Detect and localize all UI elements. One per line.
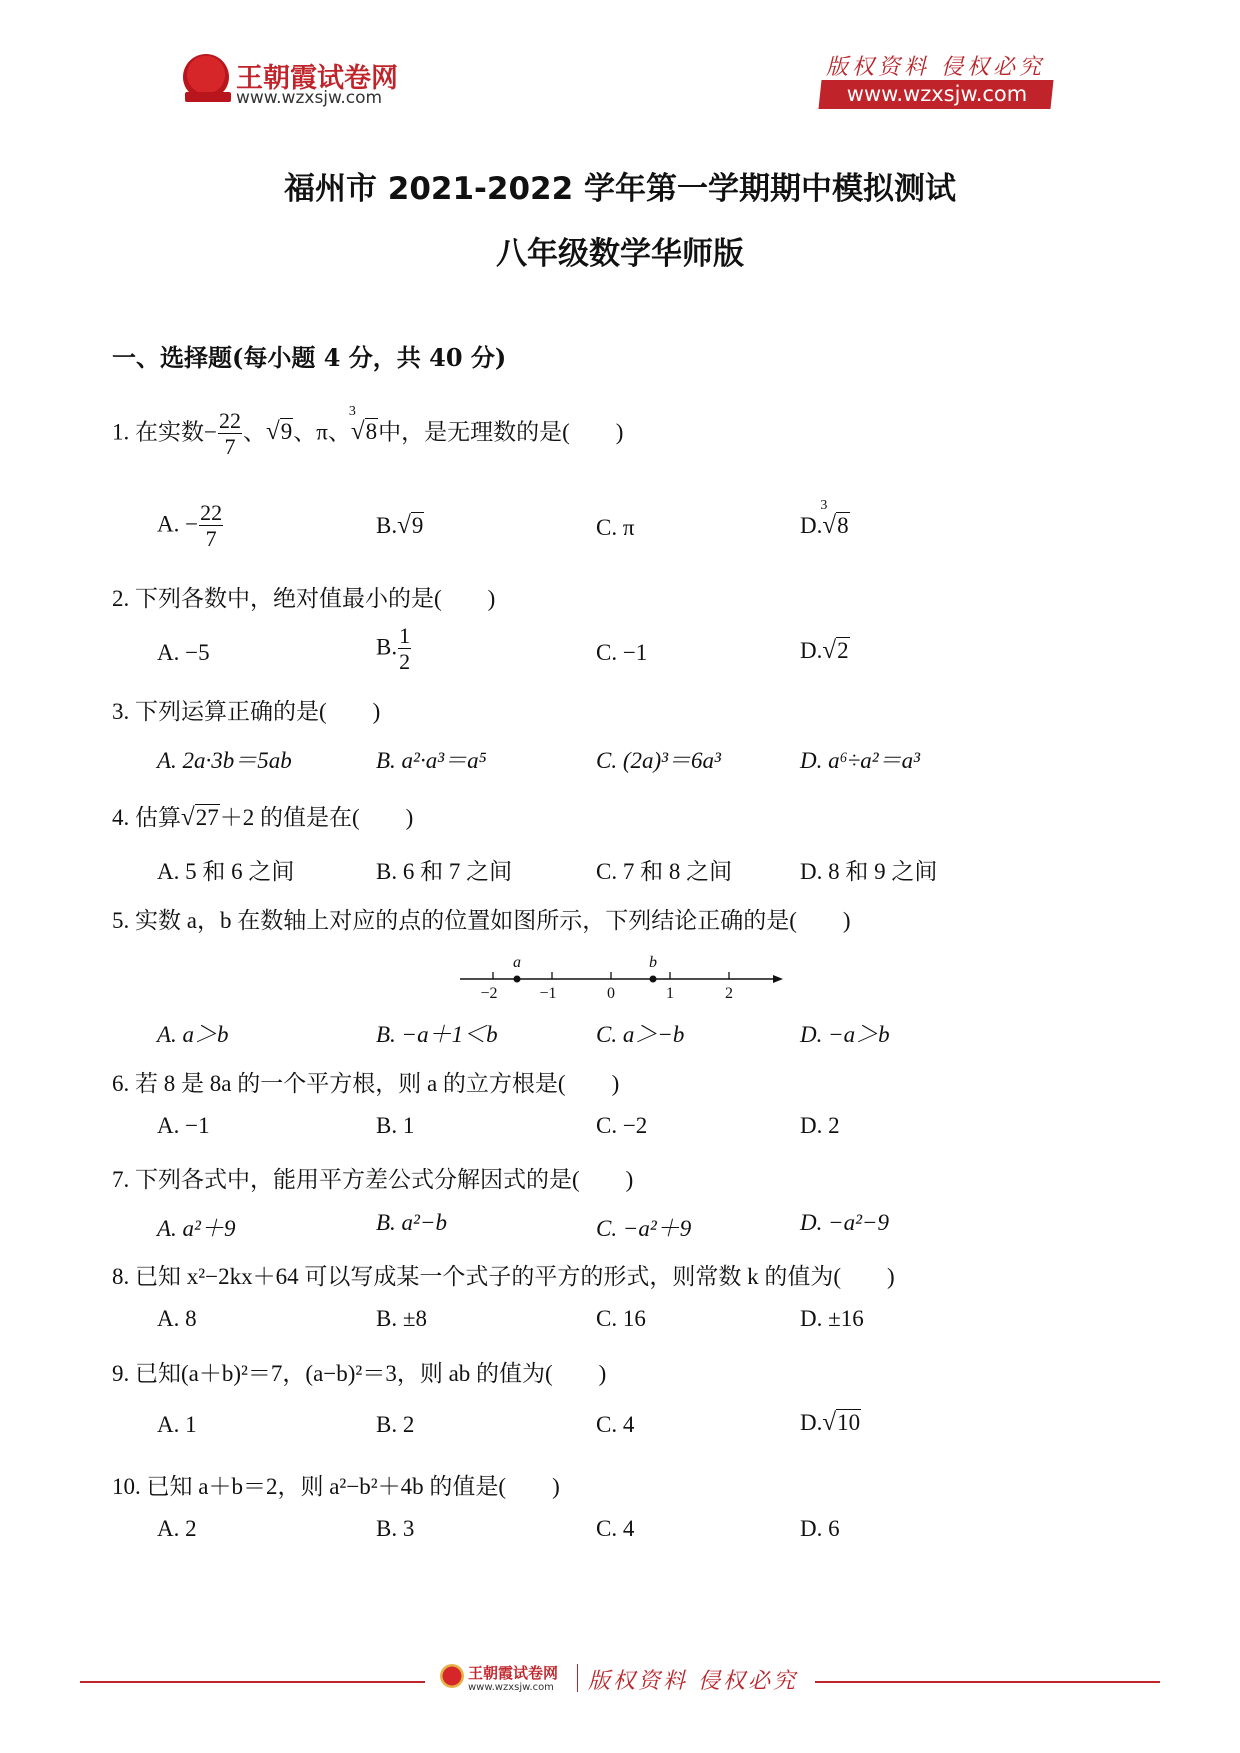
question-7: 7. 下列各式中，能用平方差公式分解因式的是( ) [112,1161,633,1194]
footer-divider-left [80,1681,425,1683]
option-c: C. π [596,515,634,541]
option-d: D. a⁶÷a²＝a³ [800,742,920,775]
fraction: 227 [218,410,242,458]
stem-text: 、π、 [293,419,351,444]
option-c: C. 4 [596,1516,634,1542]
option-d: D. −a²−9 [800,1210,889,1236]
option-d: D.3√8 [800,512,850,540]
option-b: B.12 [376,625,412,673]
document-title: 福州市 2021-2022 学年第一学期期中模拟测试 [0,163,1240,208]
footer-logo-emblem-icon [440,1664,464,1688]
option-c: C. 4 [596,1412,634,1438]
question-4: 4. 估算√27＋2 的值是在( ) [112,799,413,832]
document-subtitle: 八年级数学华师版 [0,228,1240,273]
footer-separator [577,1664,578,1692]
footer-divider-right [815,1681,1160,1683]
logo-emblem-icon [183,54,229,100]
option-b: B.√9 [376,512,424,540]
option-a: A. −1 [157,1113,210,1139]
option-c: C. (2a)³＝6a³ [596,742,721,775]
option-d: D. −a＞b [800,1016,890,1049]
svg-text:2: 2 [725,985,733,1002]
option-a: A. 8 [157,1306,197,1332]
option-b: B. 3 [376,1516,414,1542]
cube-root: 3√8 [351,418,378,446]
question-2: 2. 下列各数中，绝对值最小的是( ) [112,580,495,613]
option-c: C. 16 [596,1306,646,1332]
option-c: C. −1 [596,640,647,666]
option-b: B. a²−b [376,1210,447,1236]
option-a: A. 2a·3b＝5ab [157,742,292,775]
option-a: A. a＞b [157,1016,229,1049]
option-c: C. −2 [596,1113,647,1139]
section-heading: 一、选择题(每小题 4 分，共 40 分) [112,338,506,373]
option-d: D. 2 [800,1113,840,1139]
question-5: 5. 实数 a，b 在数轴上对应的点的位置如图所示，下列结论正确的是( ) [112,902,851,935]
option-b: B. a²·a³＝a⁵ [376,742,487,775]
option-c: C. a＞−b [596,1016,684,1049]
question-6: 6. 若 8 是 8a 的一个平方根，则 a 的立方根是( ) [112,1065,619,1098]
question-8: 8. 已知 x²−2kx＋64 可以写成某一个式子的平方的形式，则常数 k 的值… [112,1258,895,1291]
option-a: A. −227 [157,502,224,550]
option-a: A. 1 [157,1412,197,1438]
option-a: A. 2 [157,1516,197,1542]
square-root: √27 [181,804,220,832]
option-a: A. −5 [157,640,210,666]
number-line-figure: a b −2−1 012 [455,950,785,1005]
svg-text:0: 0 [607,985,615,1002]
option-b: B. 2 [376,1412,414,1438]
question-3: 3. 下列运算正确的是( ) [112,693,380,726]
option-d: D. ±16 [800,1306,864,1332]
square-root: √9 [266,418,293,446]
option-c: C. −a²＋9 [596,1210,691,1243]
option-b: B. 6 和 7 之间 [376,853,512,886]
stem-text: 在实数− [135,419,217,444]
footer-logo-title: 王朝霞试卷网 [468,1662,558,1683]
stem-text: 、 [243,419,266,444]
svg-text:a: a [513,954,521,971]
option-c: C. 7 和 8 之间 [596,853,732,886]
option-b: B. ±8 [376,1306,427,1332]
question-1: 1. 在实数−227、√9、π、3√8中，是无理数的是( ) [112,410,623,458]
url-banner-text: www.wzxsjw.com [822,80,1052,109]
svg-text:−2: −2 [480,985,497,1002]
footer-copyright-notice: 版权资料 侵权必究 [588,1664,798,1695]
option-d: D. 8 和 9 之间 [800,853,937,886]
option-a: A. a²＋9 [157,1210,235,1243]
svg-text:1: 1 [666,985,674,1002]
question-number: 1. [112,419,129,444]
footer-logo-url: www.wzxsjw.com [468,1682,554,1693]
stem-text: 中，是无理数的是( ) [378,419,623,444]
option-d: D. 6 [800,1516,840,1542]
svg-text:b: b [649,954,657,971]
option-b: B. −a＋1＜b [376,1016,498,1049]
question-10: 10. 已知 a＋b＝2，则 a²−b²＋4b 的值是( ) [112,1468,560,1501]
svg-text:−1: −1 [539,985,556,1002]
option-b: B. 1 [376,1113,414,1139]
question-9: 9. 已知(a＋b)²＝7，(a−b)²＝3，则 ab 的值为( ) [112,1355,606,1388]
option-d: D.√2 [800,637,850,665]
copyright-notice: 版权资料 侵权必究 [826,50,1045,81]
option-a: A. 5 和 6 之间 [157,853,294,886]
option-d: D.√10 [800,1409,861,1437]
logo-url: www.wzxsjw.com [236,88,382,108]
